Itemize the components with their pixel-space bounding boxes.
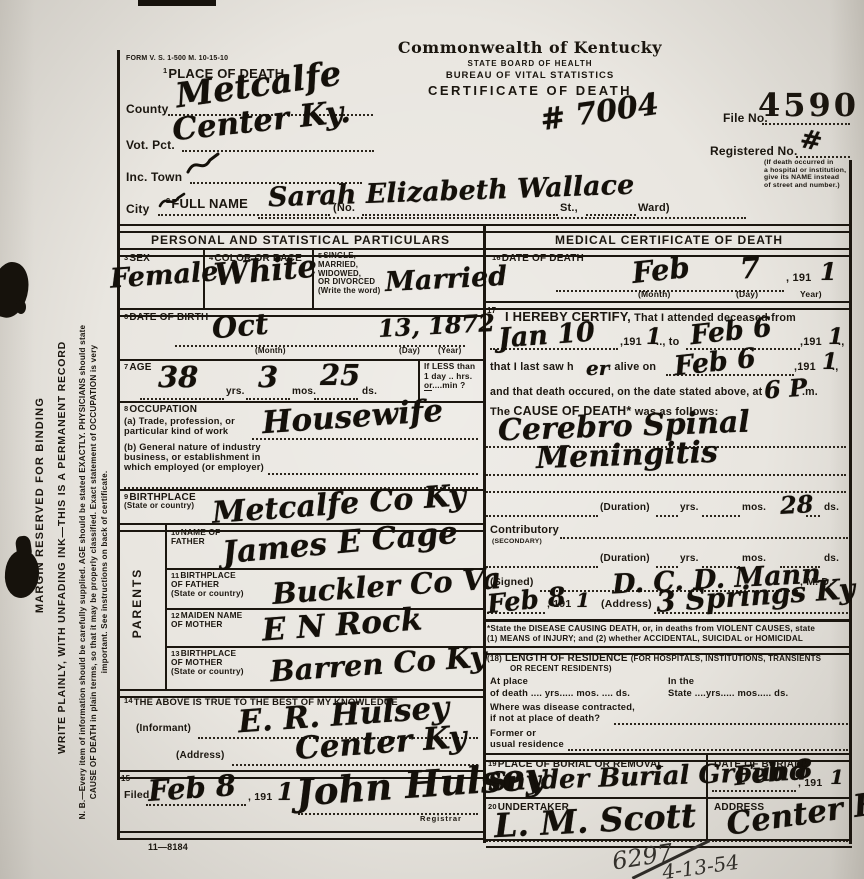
- precinct-label: Vot. Pct.: [126, 138, 175, 152]
- father-birthplace-value: Buckler Co Va: [271, 564, 502, 609]
- mother-birthplace-line: (State or country): [171, 666, 244, 676]
- dob-day-sub: (Day): [399, 346, 420, 355]
- county-label: County: [126, 102, 169, 116]
- ink-blob-upper-tail: [16, 300, 26, 314]
- hospital-note-line: (If death occurred in: [764, 159, 834, 166]
- residence-former-leader: [568, 739, 848, 751]
- city-checkmark: [158, 190, 186, 212]
- dob-month-sub: (Month): [255, 346, 286, 355]
- age-years-label: yrs.: [226, 386, 245, 397]
- residence-where-leader: [614, 713, 848, 725]
- personal-title: PERSONAL AND STATISTICAL PARTICULARS: [118, 233, 483, 247]
- age-months-value: 3: [258, 363, 278, 392]
- occupation-b-line1: (b) General nature of industry: [124, 442, 261, 452]
- undertaker-signature: L. M. Scott: [493, 799, 697, 843]
- attest-num: 14: [124, 696, 133, 705]
- death-year-sub: Year): [800, 289, 822, 299]
- masthead-bureau: BUREAU OF VITAL STATISTICS: [350, 70, 710, 81]
- marital-num: 5: [318, 251, 322, 260]
- father-birthplace-line: (State or country): [171, 588, 244, 598]
- burial-date-value: Feb 8: [733, 756, 814, 790]
- footnote-line1: *State the DISEASE CAUSING DEATH, or, in…: [487, 624, 815, 633]
- inc-town-label: Inc. Town: [126, 170, 182, 184]
- marital-value: Married: [384, 263, 507, 296]
- age-num: 7: [124, 362, 128, 371]
- mother-name-value: E N Rock: [261, 604, 423, 646]
- registrar-label: Registrar: [420, 814, 462, 823]
- informant-label: (Informant): [136, 723, 191, 734]
- father-name-line: FATHER: [171, 536, 205, 546]
- contributory-duration-leader: [486, 556, 598, 568]
- certify-saw-year-printed: ,191: [794, 361, 816, 373]
- residence-in-line1: In the: [668, 675, 694, 686]
- death-year-printed: , 191: [786, 272, 811, 284]
- residence-where-line2: if not at place of death?: [490, 712, 600, 723]
- footnote-top-rule: [486, 619, 852, 622]
- form-code: FORM V. S. 1-500 M. 10-15-10: [126, 55, 228, 62]
- registered-no-label: Registered No.: [710, 144, 798, 158]
- form-right-border: [849, 160, 852, 844]
- age-label: 7AGE: [124, 362, 152, 373]
- duration-label: (Duration): [600, 502, 650, 513]
- birthplace-num: 9: [124, 492, 128, 501]
- masthead-board: STATE BOARD OF HEALTH: [350, 59, 710, 68]
- burial-year-value: 1: [830, 767, 844, 787]
- marital-line: WIDOWED,: [318, 269, 361, 278]
- occupation-a-line2: particular kind of work: [124, 426, 228, 436]
- contributory-duration-label: (Duration): [600, 553, 650, 564]
- birthplace-sub: (State or country): [124, 501, 194, 510]
- margin-binding-note: MARGIN RESERVED FOR BINDING: [34, 240, 46, 770]
- certify-to-year-value: 1: [828, 326, 843, 348]
- signed-date-value: Feb 8: [486, 584, 567, 618]
- city-label: City: [126, 202, 149, 216]
- father-birthplace-label: 11BIRTHPLACE OF FATHER (State or country…: [171, 571, 261, 599]
- undertaker-cell-divider: [706, 798, 708, 841]
- signed-year-value: 1: [576, 590, 590, 610]
- dob-year-sub: (Year): [438, 346, 461, 355]
- contributory-ds-label: ds.: [824, 553, 839, 564]
- margin-nb-line2: CAUSE OF DEATH in plain terms, so that i…: [89, 345, 98, 800]
- certify-from-value: Jan 10: [497, 319, 596, 353]
- marital-line: MARRIED,: [318, 260, 358, 269]
- parents-vertical-label: PARENTS: [130, 528, 144, 678]
- file-no-stamp: 4590: [758, 86, 859, 124]
- residence-in-line2: State ....yrs..... mos..... ds.: [668, 687, 788, 698]
- informant-address-label: (Address): [176, 750, 224, 761]
- cause-line2-value: Meningitis: [536, 438, 719, 474]
- mother-birthplace-value: Barren Co Ky: [269, 642, 487, 686]
- residence-at-line1: At place: [490, 675, 528, 686]
- mother-birthplace-label: 13BIRTHPLACE OF MOTHER (State or country…: [171, 649, 261, 677]
- dob-day-year-value: 13, 1872: [377, 311, 495, 341]
- age-days-value: 25: [320, 361, 360, 390]
- certify-from-year-value: 1: [646, 326, 661, 348]
- residence-title: (18) LENGTH OF RESIDENCE (FOR HOSPITALS,…: [487, 653, 821, 664]
- filed-num: 15: [121, 774, 130, 783]
- filed-year-value: 1: [277, 780, 294, 804]
- age-lessbox-line: 1 day .. hrs.: [424, 371, 472, 381]
- masthead-commonwealth: Commonwealth of Kentucky: [350, 38, 710, 57]
- residence-former-line2: usual residence: [490, 738, 564, 749]
- age-lessbox-line: If LESS than: [424, 361, 475, 371]
- residence-at-line2: of death .... yrs..... mos. .... ds.: [490, 687, 630, 698]
- certify-saw-a: that I last saw h: [490, 361, 574, 373]
- place-of-death-num: 1: [163, 66, 167, 75]
- duration-ds-label: ds.: [824, 502, 839, 513]
- certify-saw-year-value: 1: [822, 351, 837, 373]
- certify-saw-b: . alive on: [608, 361, 656, 373]
- dob-num: 6: [124, 312, 128, 321]
- duration-yrs-label: yrs.: [680, 502, 699, 513]
- top-edge-mark: [138, 0, 216, 6]
- city-ward-label: Ward): [638, 202, 670, 214]
- contributory-sub: (SECONDARY): [492, 538, 542, 545]
- residence-former-line1: Former or: [490, 727, 536, 738]
- hospital-note-line: of street and number.): [764, 182, 840, 189]
- form-left-border: [117, 50, 120, 840]
- death-day-sub: (Day): [736, 289, 758, 299]
- hospital-note-line: a hospital or institution,: [764, 167, 846, 174]
- occupation-b-line3: which employed (or employer): [124, 462, 264, 472]
- death-month-sub: (Month): [638, 289, 671, 299]
- death-certificate-scan: MARGIN RESERVED FOR BINDING WRITE PLAINL…: [0, 0, 864, 879]
- occupation-label: 8OCCUPATION: [124, 404, 197, 415]
- margin-nb-line3: important. See instructions on back of c…: [100, 471, 109, 674]
- duration-mos-leader: [702, 505, 740, 517]
- age-lessbox: If LESS than 1 day .. hrs. or....min ?: [424, 362, 482, 391]
- inc-town-checkmark: [186, 152, 220, 178]
- death-year-value: 1: [820, 260, 837, 284]
- age-months-label: mos.: [292, 386, 316, 397]
- residence-num: (18): [487, 654, 502, 663]
- marital-line: (Write the word): [318, 286, 380, 295]
- date-of-death-label-text: DATE OF DEATH: [502, 253, 584, 264]
- contributory-yrs-label: yrs.: [680, 553, 699, 564]
- age-years-value: 38: [158, 363, 198, 392]
- occupation-a-line1: (a) Trade, profession, or: [124, 416, 235, 426]
- certify-saw-date-value: Feb 6: [673, 345, 757, 380]
- duration-days-value: 28: [779, 492, 814, 518]
- city-st-label: St.,: [560, 202, 578, 214]
- race-value: White: [213, 252, 318, 292]
- filed-year-printed: , 191: [248, 791, 272, 803]
- margin-permanent-record-note: WRITE PLAINLY, WITH UNFADING INK—THIS IS…: [56, 235, 68, 860]
- contributory-label: Contributory: [490, 524, 559, 536]
- certify-from-year-printed: ,191: [620, 336, 642, 348]
- duration-leader: [486, 505, 598, 517]
- dob-label: 6DATE OF BIRTH: [124, 312, 208, 323]
- hospital-note: (If death occurred in a hospital or inst…: [764, 159, 859, 189]
- filed-label: Filed: [124, 789, 150, 801]
- certify-saw-her: er: [586, 358, 609, 378]
- marital-line: SINGLE,: [323, 251, 356, 260]
- certify-to-value: Feb 6: [689, 314, 773, 349]
- footnote-line2: (1) MEANS of INJURY; and (2) whether ACC…: [487, 634, 803, 643]
- contributory-leader: [560, 527, 848, 539]
- certify-death-line: and that death occured, on the date stat…: [490, 386, 762, 398]
- age-days-label: ds.: [362, 386, 377, 397]
- death-day-value: 7: [739, 253, 761, 283]
- plate-code: 11—8184: [148, 842, 188, 852]
- duration-mos-label: mos.: [742, 502, 766, 513]
- left-bottom-rule: [118, 831, 483, 840]
- residence-title-line2: OR RECENT RESIDENTS): [510, 664, 612, 673]
- occupation-num: 8: [124, 404, 128, 413]
- signed-address-label: (Address): [601, 598, 652, 610]
- medical-title: MEDICAL CERTIFICATE OF DEATH: [486, 233, 852, 247]
- dob-month-value: Oct: [211, 310, 270, 344]
- occupation-label-text: OCCUPATION: [129, 404, 197, 415]
- margin-nb-note: N. B.—Every item of information should b…: [77, 272, 110, 872]
- residence-title-paren: (FOR HOSPITALS, INSTITUTIONS, TRANSIENTS: [631, 654, 822, 663]
- duration-yrs-leader: [656, 505, 678, 517]
- sex-num: 3: [124, 253, 128, 262]
- age-lessbox-or: or: [424, 380, 432, 391]
- margin-nb-line1: N. B.—Every item of information should b…: [78, 325, 87, 820]
- filed-date-value: Feb 8: [147, 771, 237, 806]
- residence-where-line1: Where was disease contracted,: [490, 701, 635, 712]
- age-label-text: AGE: [129, 362, 151, 373]
- hospital-note-line: give its NAME instead: [764, 174, 839, 181]
- mother-name-label: 12MAIDEN NAME OF MOTHER: [171, 611, 261, 629]
- certify-to-year-printed: ,191: [800, 336, 822, 348]
- mother-name-line: OF MOTHER: [171, 619, 223, 629]
- occupation-b-leader1: [268, 463, 478, 475]
- dob-label-text: DATE OF BIRTH: [129, 312, 208, 323]
- sex-value: Female: [109, 258, 219, 292]
- marital-line: OR DIVORCED: [318, 277, 375, 286]
- age-lessbox-min: ....min ?: [432, 380, 465, 390]
- occupation-b-line2: business, or establishment in: [124, 452, 261, 462]
- death-month-value: Feb: [631, 253, 691, 288]
- death-hour-value: 6 P: [763, 376, 808, 403]
- residence-title-text: LENGTH OF RESIDENCE: [502, 653, 631, 664]
